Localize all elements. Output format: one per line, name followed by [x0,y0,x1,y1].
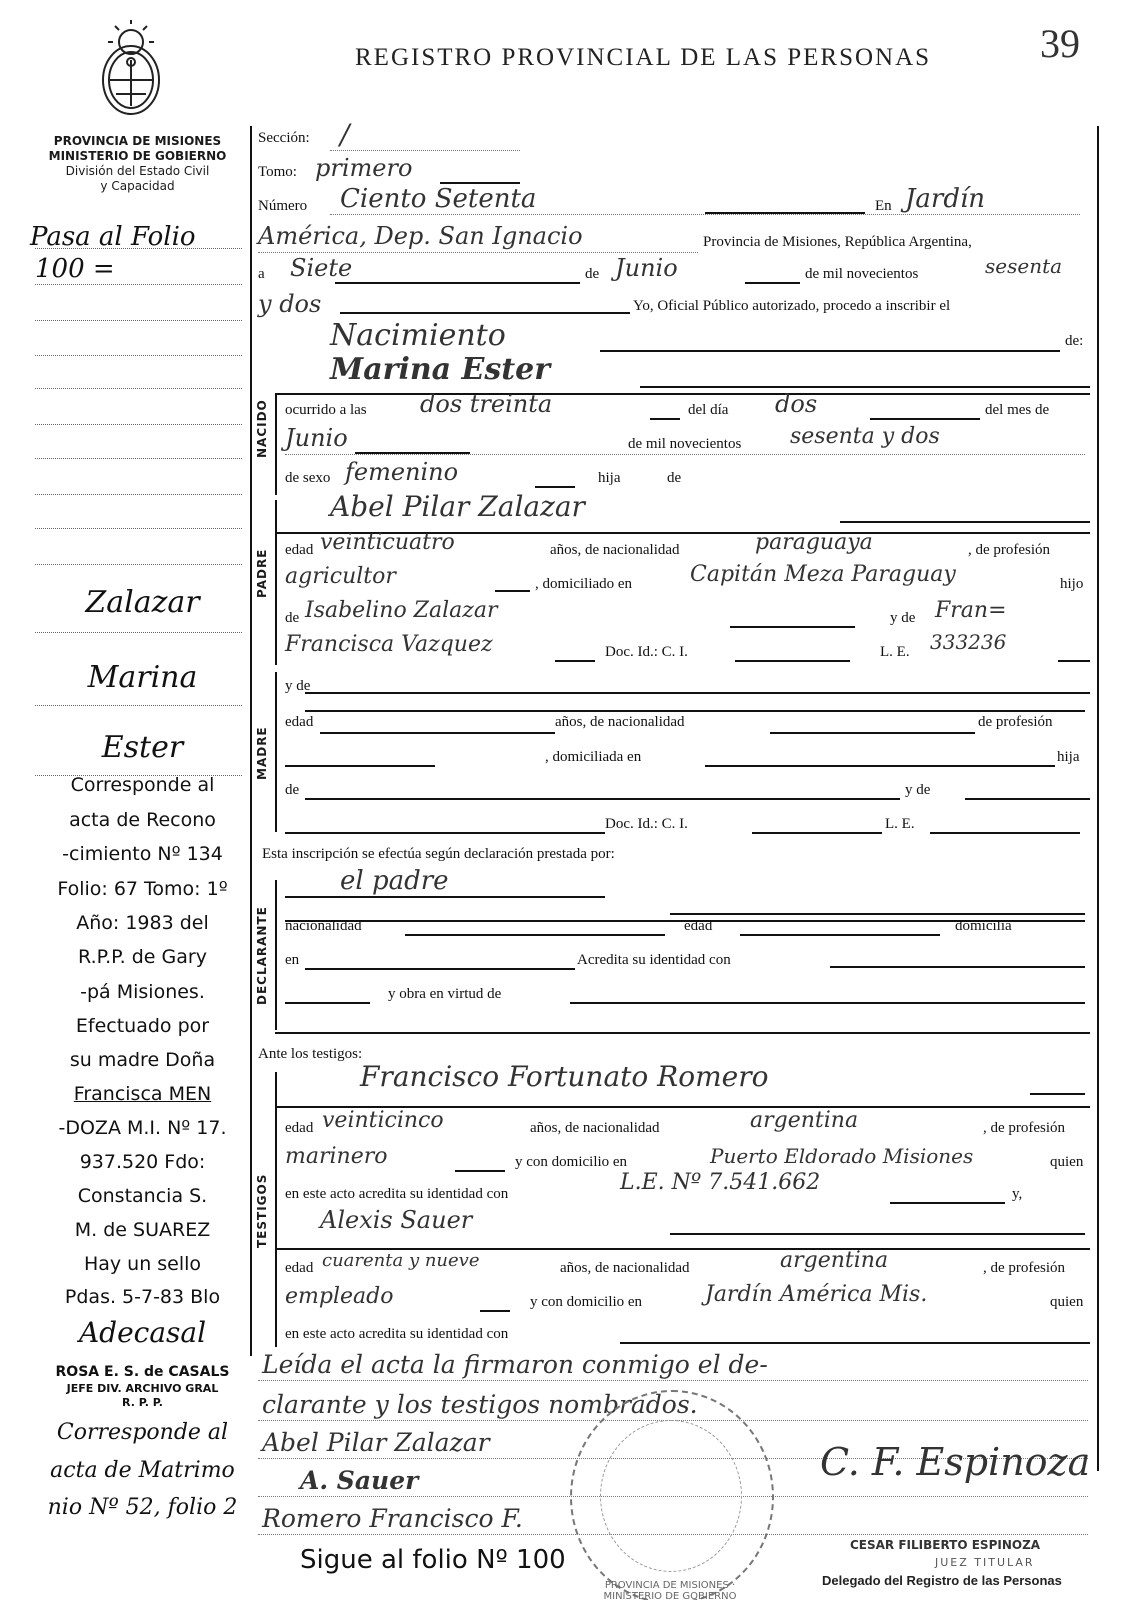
numero-label: Número [258,198,307,215]
declarante-domicilia-label: domicilia [955,918,1012,935]
padre-le-value: 333236 [930,630,1006,654]
officer-title: JUEZ TITULAR [935,1556,1035,1569]
margin-note-line: R.P.P. de Gary [30,946,255,968]
margin-note-line: Constancia S. [30,1185,255,1207]
main-right-border [1097,126,1099,1471]
birth-hour-value: dos treinta [420,390,552,418]
margin-note-line: -DOZA M.I. Nº 17. [30,1117,255,1139]
day-value: Siete [290,254,352,282]
officer-role: Delegado del Registro de las Personas [822,1573,1062,1588]
document-title: REGISTRO PROVINCIAL DE LAS PERSONAS [355,44,931,72]
act-type-value: Nacimiento [330,318,506,353]
witness1-y-label: y, [1012,1186,1022,1203]
margin-stamp-title: JEFE DIV. ARCHIVO GRAL [30,1382,255,1395]
testigos-intro: Ante los testigos: [258,1046,362,1063]
margin-note-line: 937.520 Fdo: [30,1151,255,1173]
witness1-signature: Romero Francisco F. [262,1504,523,1533]
margin-note-line: Año: 1983 del [30,912,255,934]
ocurrido-label: ocurrido a las [285,402,367,419]
birth-year-label: de mil novecientos [628,436,741,453]
margin-middlename: Ester [30,730,255,765]
padre-edad-label: edad [285,542,313,559]
margin-firstname: Marina [30,660,255,695]
padre-nacionalidad-value: paraguaya [755,530,873,555]
padre-doc-label: Doc. Id.: C. I. [605,644,688,661]
hija-de-label: de [667,470,681,487]
section-label-testigos: TESTIGOS [255,1174,269,1248]
sexo-label: de sexo [285,470,330,487]
official-seal-inner [600,1420,742,1572]
margin-signature: Adecasal [30,1316,255,1349]
margin-stamp-office: R. P. P. [30,1396,255,1409]
margin-note-line: Francisca MEN [30,1083,255,1105]
section-label-madre: MADRE [255,726,269,780]
madre-y-de2-label: y de [905,782,930,799]
witness2-anios-label: años, de nacionalidad [560,1260,690,1277]
seccion-value: / [340,118,349,151]
declarante-nacionalidad-label: nacionalidad [285,918,362,935]
witness2-profesion-value: empleado [285,1284,393,1309]
padre-hijo-label: hijo [1060,576,1083,593]
margin-note-line: M. de SUAREZ [30,1219,255,1241]
margin-surname: Zalazar [30,585,255,620]
padre-domicilio-label: , domiciliado en [535,576,632,593]
father-name-value: Abel Pilar Zalazar [330,490,585,523]
child-name-value: Marina Ester [330,352,550,387]
sexo-value: femenino [345,458,458,486]
declarante-obra-label: y obra en virtud de [388,986,501,1003]
de-label: de [585,266,599,283]
padre-edad-value: veinticuatro [320,530,455,555]
madre-edad-label: edad [285,714,313,731]
institution-block: PROVINCIA DE MISIONES MINISTERIO DE GOBI… [30,134,245,194]
madre-domicilio-label: , domiciliada en [545,749,641,766]
witness2-name-value: Alexis Sauer [320,1206,472,1234]
division-name-2: y Capacidad [30,179,245,194]
year-label: de mil novecientos [805,266,918,283]
margin-note-folio: 100 = [35,254,260,284]
mes-label: del mes de [985,402,1049,419]
margin-note-line: Efectuado por [30,1015,255,1037]
padre-le-label: L. E. [880,644,910,661]
witness1-profesion-value: marinero [285,1144,387,1169]
birth-day-value: dos [775,390,817,418]
margin-note-matrimonio: acta de Matrimo [30,1458,255,1483]
madre-hija-label: hija [1057,749,1080,766]
witness1-quien-label: quien [1050,1154,1083,1171]
officer-name: CESAR FILIBERTO ESPINOZA [850,1538,1040,1552]
madre-anios-label: años, de nacionalidad [555,714,685,731]
declarante-signature: Abel Pilar Zalazar [262,1428,490,1457]
padre-profesion-label: , de profesión [968,542,1050,559]
padre-mother-value: Francisca Vazquez [285,632,493,657]
ministry-name: MINISTERIO DE GOBIERNO [30,149,245,164]
witness1-acredita-value: L.E. Nº 7.541.662 [620,1170,820,1195]
margin-note-line: -pá Misiones. [30,981,255,1003]
margin-note-line: Folio: 67 Tomo: 1º [30,878,255,900]
madre-doc-label: Doc. Id.: C. I. [605,816,688,833]
declarante-value: el padre [340,866,449,896]
coat-of-arms-icon [96,20,166,120]
witness2-acredita-label: en este acto acredita su identidad con [285,1326,508,1343]
declarante-intro: Esta inscripción se efectúa según declar… [262,846,615,863]
margin-stamp-name: ROSA E. S. de CASALS [30,1364,255,1380]
margin-note-line: Corresponde al [30,774,255,796]
declarante-edad-label: edad [684,918,712,935]
province-name: PROVINCIA DE MISIONES [30,134,245,149]
month-value: Junio [615,254,678,282]
madre-de-label: de [285,782,299,799]
officer-text: Yo, Oficial Público autorizado, procedo … [633,298,950,315]
place-value: América, Dep. San Ignacio [258,222,583,250]
hija-label: hija [598,470,621,487]
tomo-label: Tomo: [258,164,297,181]
witness2-domicilio-label: y con domicilio en [530,1294,642,1311]
madre-le-label: L. E. [885,816,915,833]
year-value-2: y dos [258,290,321,318]
birth-month-value: Junio [285,424,348,452]
margin-note-line: Pdas. 5-7-83 Blo [30,1286,255,1308]
witness1-edad-label: edad [285,1120,313,1137]
declarante-en-label: en [285,952,299,969]
officer-signature: C. F. Espinoza [820,1440,1090,1484]
sigue-folio-note: Sigue al folio Nº 100 [300,1545,566,1575]
page-number: 39 [1040,20,1080,67]
padre-profesion-value: agricultor [285,564,396,589]
witness2-profesion-label: , de profesión [983,1260,1065,1277]
en-label: En [875,198,892,215]
section-label-nacido: NACIDO [255,399,269,458]
padre-mother-value-1: Fran= [935,598,1007,623]
padre-father-value: Isabelino Zalazar [305,598,497,623]
madre-profesion-label: de profesión [978,714,1053,731]
witness1-acredita-label: en este acto acredita su identidad con [285,1186,508,1203]
stamp-text: PROVINCIA DE MISIONES · MINISTERIO DE GO… [590,1580,750,1600]
province-text: Provincia de Misiones, República Argenti… [703,234,972,251]
a-label: a [258,266,265,283]
witness1-name-value: Francisco Fortunato Romero [360,1060,768,1093]
witness1-nacionalidad-value: argentina [750,1108,858,1133]
padre-de-label: de [285,610,299,627]
margin-note-matrimonio: nio Nº 52, folio 2 [30,1495,255,1520]
witness1-domicilio-value: Puerto Eldorado Misiones [710,1144,973,1168]
padre-anios-label: años, de nacionalidad [550,542,680,559]
padre-y-de-label: y de [890,610,915,627]
margin-note-line: -cimiento Nº 134 [30,843,255,865]
witness2-quien-label: quien [1050,1294,1083,1311]
tomo-value: primero [315,154,412,182]
margin-note-line: acta de Recono [30,809,255,831]
padre-domicilio-value: Capitán Meza Paraguay [690,562,956,587]
birth-year-value: sesenta y dos [790,424,940,449]
declarante-acredita-label: Acredita su identidad con [577,952,731,969]
margin-note-matrimonio: Corresponde al [30,1420,255,1445]
witness1-edad-value: veinticinco [322,1108,444,1133]
witness1-anios-label: años, de nacionalidad [530,1120,660,1137]
seccion-label: Sección: [258,130,310,147]
margin-note-line: Hay un sello [30,1253,255,1275]
witness2-edad-label: edad [285,1260,313,1277]
closing-line-1: Leída el acta la firmaron conmigo el de- [262,1350,768,1379]
section-label-padre: PADRE [255,549,269,598]
en-value: Jardín [905,184,985,214]
year-value: sesenta [985,254,1062,278]
witness2-signature: A. Sauer [300,1466,418,1495]
witness1-domicilio-label: y con domicilio en [515,1154,627,1171]
witness2-nacionalidad-value: argentina [780,1248,888,1273]
witness1-profesion-label: , de profesión [983,1120,1065,1137]
numero-value: Ciento Setenta [340,184,536,214]
division-name: División del Estado Civil [30,164,245,179]
section-label-declarante: DECLARANTE [255,906,269,1005]
witness2-edad-value: cuarenta y nueve [322,1250,480,1271]
margin-note-line: su madre Doña [30,1049,255,1071]
dia-label: del día [688,402,728,419]
witness2-domicilio-value: Jardín América Mis. [705,1282,927,1307]
de-colon-label: de: [1065,333,1083,350]
